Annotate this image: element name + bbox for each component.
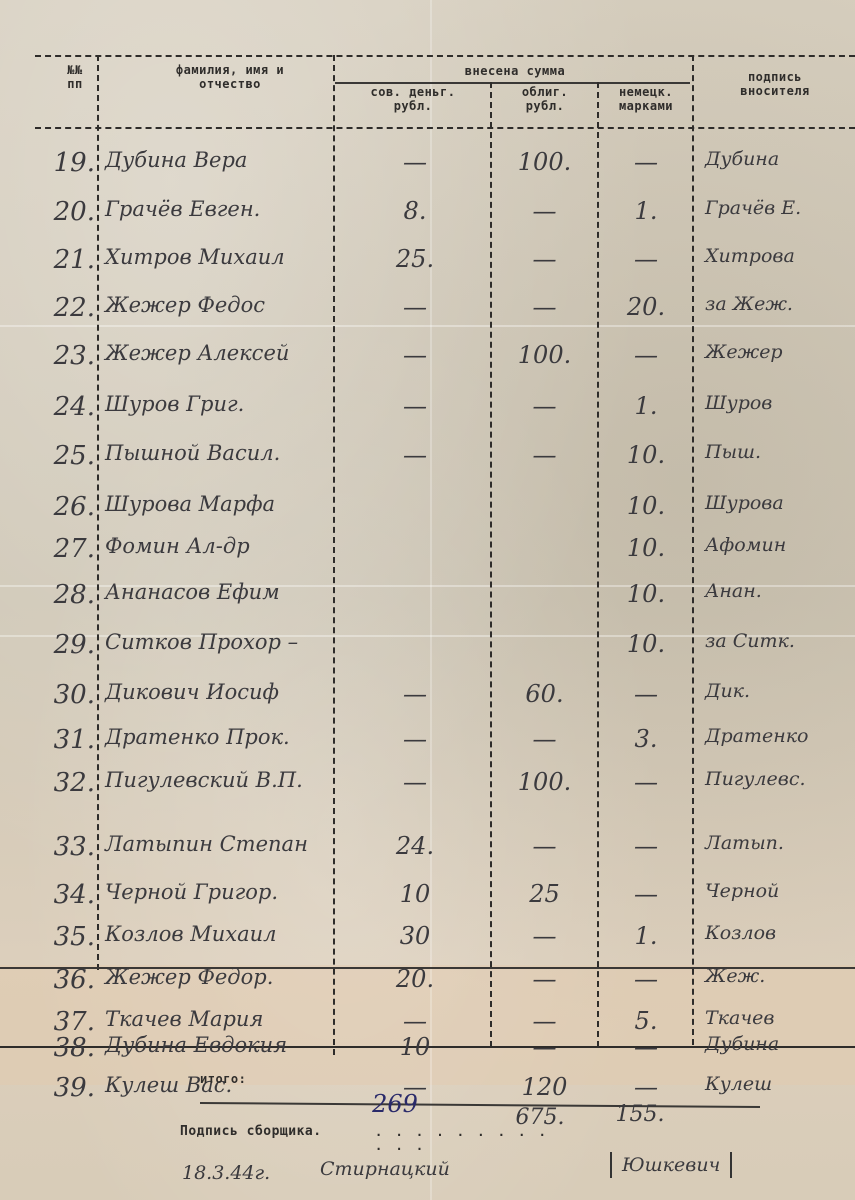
header-no: №№ пп bbox=[55, 63, 95, 91]
table-row: 34.Черной Григор.1025—Черной bbox=[0, 880, 855, 920]
row-oblig-amount: — bbox=[492, 965, 597, 993]
row-sov-amount: 10 bbox=[340, 1033, 490, 1061]
row-oblig-amount: — bbox=[492, 725, 597, 753]
header-oblig-line1: облиг. bbox=[495, 85, 595, 99]
row-name: Дратенко Прок. bbox=[105, 725, 335, 749]
header-name-line2: отчество bbox=[130, 77, 330, 91]
row-name: Пышной Васил. bbox=[105, 441, 335, 465]
row-name: Жежер Алексей bbox=[105, 341, 335, 365]
row-oblig-amount: — bbox=[492, 441, 597, 469]
row-marks-amount: 1. bbox=[600, 197, 692, 225]
row-signature: Пыш. bbox=[705, 441, 855, 463]
table-top-border bbox=[35, 55, 855, 57]
row-marks-amount: 5. bbox=[600, 1007, 692, 1035]
row-signature: Кулеш bbox=[705, 1073, 855, 1095]
row-signature: Шуров bbox=[705, 392, 855, 414]
row-number: 21. bbox=[25, 245, 95, 275]
row-number: 33. bbox=[25, 832, 95, 862]
row-name: Фомин Ал-др bbox=[105, 534, 335, 558]
row-number: 19. bbox=[25, 148, 95, 178]
row-sov-amount: 25. bbox=[340, 245, 490, 273]
row-name: Черной Григор. bbox=[105, 880, 335, 904]
row-sov-amount: — bbox=[340, 148, 490, 176]
row-number: 23. bbox=[25, 341, 95, 371]
row-marks-amount: 10. bbox=[600, 534, 692, 562]
row-sov-amount: 8. bbox=[340, 197, 490, 225]
table-row: 36.Жежер Федор.20.——Жеж. bbox=[0, 965, 855, 1005]
header-name: фамилия, имя и отчество bbox=[130, 63, 330, 91]
row-name: Пигулевский В.П. bbox=[105, 768, 335, 792]
row-signature: Ткачев bbox=[705, 1007, 855, 1029]
row-signature: Жежер bbox=[705, 341, 855, 363]
header-oblig-line2: рубл. bbox=[495, 99, 595, 113]
row-marks-amount: — bbox=[600, 245, 692, 273]
row-name: Латыпин Степан bbox=[105, 832, 335, 856]
row-number: 32. bbox=[25, 768, 95, 798]
row-oblig-amount: 100. bbox=[492, 148, 597, 176]
row-signature: Козлов bbox=[705, 922, 855, 944]
table-row: 28.Ананасов Ефим10.Анан. bbox=[0, 580, 855, 620]
row-sov-amount: — bbox=[340, 768, 490, 796]
document-date: 18.3.44г. bbox=[182, 1162, 270, 1184]
table-row: 25.Пышной Васил.——10.Пыш. bbox=[0, 441, 855, 481]
row-marks-amount: — bbox=[600, 768, 692, 796]
header-sov: сов. деньг. рубл. bbox=[338, 85, 488, 113]
row-oblig-amount: — bbox=[492, 832, 597, 860]
header-signature-line1: подпись bbox=[700, 70, 850, 84]
row-signature: Пигулевс. bbox=[705, 768, 855, 790]
row-number: 28. bbox=[25, 580, 95, 610]
row-signature: за Ситк. bbox=[705, 630, 855, 652]
row-marks-amount: 10. bbox=[600, 441, 692, 469]
row-number: 25. bbox=[25, 441, 95, 471]
header-signature: подпись вносителя bbox=[700, 70, 850, 98]
table-row: 35.Козлов Михаил30—1.Козлов bbox=[0, 922, 855, 962]
row-marks-amount: — bbox=[600, 832, 692, 860]
row-signature: Латып. bbox=[705, 832, 855, 854]
header-marks: немецк. марками bbox=[600, 85, 692, 113]
row-name: Шурова Марфа bbox=[105, 492, 335, 516]
row-name: Дубина Евдокия bbox=[105, 1033, 335, 1057]
row-sov-amount: — bbox=[340, 441, 490, 469]
row-sov-amount: — bbox=[340, 341, 490, 369]
row-sov-amount: — bbox=[340, 680, 490, 708]
row-number: 36. bbox=[25, 965, 95, 995]
row-oblig-amount: — bbox=[492, 392, 597, 420]
row-marks-amount: 10. bbox=[600, 580, 692, 608]
header-no-line1: №№ bbox=[55, 63, 95, 77]
table-row: 27.Фомин Ал-др10.Афомин bbox=[0, 534, 855, 574]
header-marks-line1: немецк. bbox=[600, 85, 692, 99]
row-oblig-amount: — bbox=[492, 293, 597, 321]
row-name: Ананасов Ефим bbox=[105, 580, 335, 604]
header-name-line1: фамилия, имя и bbox=[130, 63, 330, 77]
row-number: 26. bbox=[25, 492, 95, 522]
table-row: 29.Ситков Прохор –10.за Ситк. bbox=[0, 630, 855, 670]
header-sov-line2: рубл. bbox=[338, 99, 488, 113]
row-marks-amount: 1. bbox=[600, 392, 692, 420]
row-sov-amount: 24. bbox=[340, 832, 490, 860]
row-number: 30. bbox=[25, 680, 95, 710]
row-marks-amount: — bbox=[600, 965, 692, 993]
row-number: 39. bbox=[25, 1073, 95, 1103]
row-oblig-amount: — bbox=[492, 245, 597, 273]
table-row: 31.Дратенко Прок.——3.Дратенко bbox=[0, 725, 855, 765]
row-oblig-amount: 60. bbox=[492, 680, 597, 708]
row-sov-amount: — bbox=[340, 1007, 490, 1035]
row-oblig-amount: — bbox=[492, 922, 597, 950]
row-number: 35. bbox=[25, 922, 95, 952]
row-marks-amount: 3. bbox=[600, 725, 692, 753]
row-signature: Анан. bbox=[705, 580, 855, 602]
row-name: Дикович Иосиф bbox=[105, 680, 335, 704]
table-row: 24.Шуров Григ.——1.Шуров bbox=[0, 392, 855, 432]
row-oblig-amount: — bbox=[492, 1007, 597, 1035]
row-oblig-amount: 100. bbox=[492, 768, 597, 796]
row-marks-amount: 10. bbox=[600, 492, 692, 520]
collector-signature-1: Стирнацкий bbox=[320, 1158, 450, 1180]
row-name: Жежер Федос bbox=[105, 293, 335, 317]
row-signature: Дубина bbox=[705, 1033, 855, 1055]
row-oblig-amount: — bbox=[492, 197, 597, 225]
row-marks-amount: — bbox=[600, 880, 692, 908]
amount-group-divider bbox=[335, 82, 690, 84]
row-oblig-amount: 100. bbox=[492, 341, 597, 369]
row-signature: за Жеж. bbox=[705, 293, 855, 315]
row-number: 20. bbox=[25, 197, 95, 227]
row-name: Дубина Вера bbox=[105, 148, 335, 172]
row-signature: Жеж. bbox=[705, 965, 855, 987]
row-number: 38. bbox=[25, 1033, 95, 1063]
row-marks-amount: — bbox=[600, 1033, 692, 1061]
row-marks-amount: 1. bbox=[600, 922, 692, 950]
row-marks-amount: — bbox=[600, 341, 692, 369]
row-name: Грачёв Евген. bbox=[105, 197, 335, 221]
row-marks-amount: 10. bbox=[600, 630, 692, 658]
row-name: Козлов Михаил bbox=[105, 922, 335, 946]
row-signature: Дик. bbox=[705, 680, 855, 702]
table-row: 38.Дубина Евдокия10——Дубина bbox=[0, 1033, 855, 1073]
row-oblig-amount: 120 bbox=[492, 1073, 597, 1101]
table-row: 23.Жежер Алексей—100.—Жежер bbox=[0, 341, 855, 381]
row-signature: Дубина bbox=[705, 148, 855, 170]
row-signature: Черной bbox=[705, 880, 855, 902]
row-name: Шуров Григ. bbox=[105, 392, 335, 416]
table-row: 26.Шурова Марфа10.Шурова bbox=[0, 492, 855, 532]
table-row: 30.Дикович Иосиф—60.—Дик. bbox=[0, 680, 855, 720]
row-number: 22. bbox=[25, 293, 95, 323]
row-number: 29. bbox=[25, 630, 95, 660]
row-signature: Дратенко bbox=[705, 725, 855, 747]
row-number: 24. bbox=[25, 392, 95, 422]
header-amount-group: внесена сумма bbox=[340, 64, 690, 78]
row-signature: Шурова bbox=[705, 492, 855, 514]
totals-label: итого: bbox=[200, 1072, 300, 1086]
row-sov-amount: — bbox=[340, 392, 490, 420]
row-number: 34. bbox=[25, 880, 95, 910]
row-sov-amount: 10 bbox=[340, 880, 490, 908]
row-number: 27. bbox=[25, 534, 95, 564]
row-marks-amount: — bbox=[600, 680, 692, 708]
table-row: 33.Латыпин Степан24.——Латып. bbox=[0, 832, 855, 872]
row-sov-amount: — bbox=[340, 293, 490, 321]
row-name: Хитров Михаил bbox=[105, 245, 335, 269]
row-sov-amount: — bbox=[340, 725, 490, 753]
row-sov-amount: 30 bbox=[340, 922, 490, 950]
table-row: 32.Пигулевский В.П.—100.—Пигулевс. bbox=[0, 768, 855, 808]
row-signature: Афомин bbox=[705, 534, 855, 556]
row-oblig-amount: 25 bbox=[492, 880, 597, 908]
table-row: 21.Хитров Михаил25.——Хитрова bbox=[0, 245, 855, 285]
header-marks-line2: марками bbox=[600, 99, 692, 113]
row-number: 31. bbox=[25, 725, 95, 755]
header-no-line2: пп bbox=[55, 77, 95, 91]
row-oblig-amount: — bbox=[492, 1033, 597, 1061]
header-bottom-border bbox=[35, 127, 855, 129]
total-sov: 269 bbox=[360, 1090, 430, 1118]
header-signature-line2: вносителя bbox=[700, 84, 850, 98]
header-oblig: облиг. рубл. bbox=[495, 85, 595, 113]
row-signature: Грачёв Е. bbox=[705, 197, 855, 219]
row-sov-amount: 20. bbox=[340, 965, 490, 993]
collector-signature-2: Юшкевич bbox=[610, 1152, 732, 1178]
row-marks-amount: 20. bbox=[600, 293, 692, 321]
row-marks-amount: — bbox=[600, 148, 692, 176]
row-name: Ситков Прохор – bbox=[105, 630, 335, 654]
collector-dotted-line: . . . . . . . . . . . . bbox=[375, 1125, 555, 1153]
header-sov-line1: сов. деньг. bbox=[338, 85, 488, 99]
total-marks: 155. bbox=[600, 1102, 680, 1127]
table-row: 22.Жежер Федос——20.за Жеж. bbox=[0, 293, 855, 333]
row-name: Жежер Федор. bbox=[105, 965, 335, 989]
row-signature: Хитрова bbox=[705, 245, 855, 267]
row-marks-amount: — bbox=[600, 1073, 692, 1101]
table-row: 19.Дубина Вера—100.—Дубина bbox=[0, 148, 855, 188]
table-row: 20.Грачёв Евген.8.—1.Грачёв Е. bbox=[0, 197, 855, 237]
row-name: Ткачев Мария bbox=[105, 1007, 335, 1031]
